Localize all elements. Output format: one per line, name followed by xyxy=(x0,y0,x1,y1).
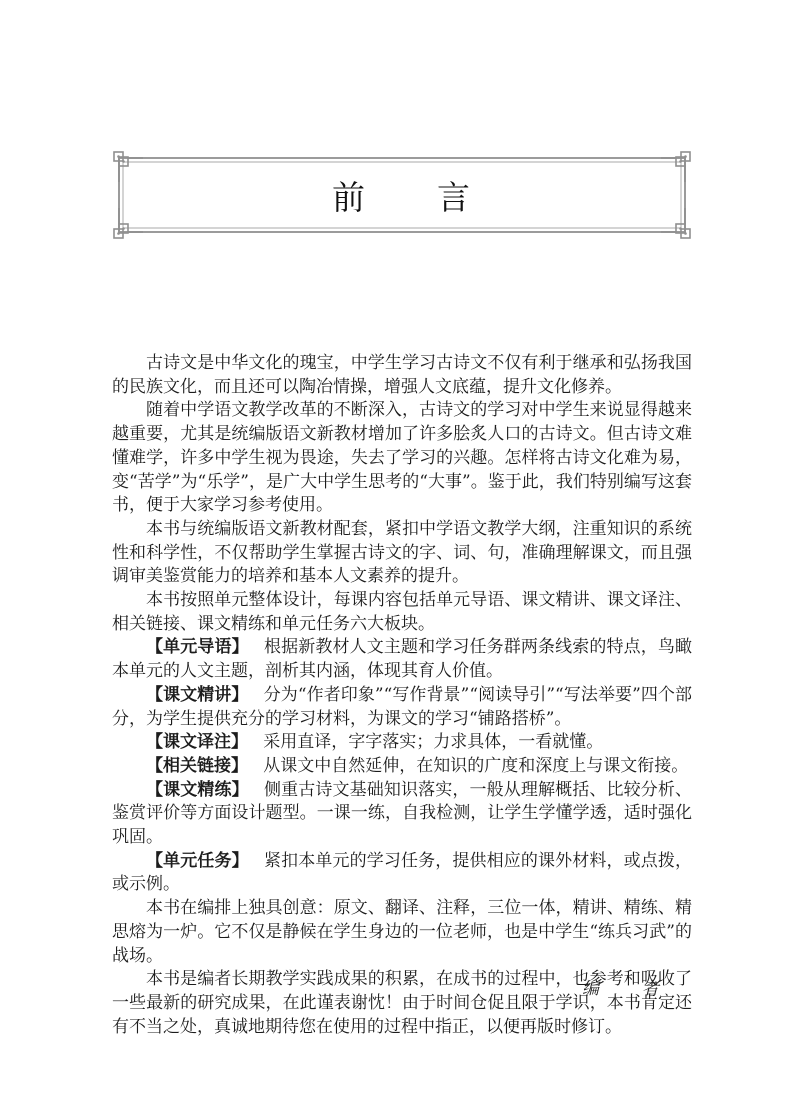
paragraph-translation: 【课文译注】采用直译，字字落实；力求具体，一看就懂。 xyxy=(112,731,692,755)
paragraph-practice: 【课文精练】侧重古诗文基础知识落实，一般从理解概括、比较分析、鉴赏评价等方面设计… xyxy=(112,779,692,850)
preface-body: 古诗文是中华文化的瑰宝，中学生学习古诗文不仅有利于继承和弘扬我国的民族文化，而且… xyxy=(112,352,692,1039)
title-box: 前 言 xyxy=(112,150,692,240)
preface-page: 前 言 古诗文是中华文化的瑰宝，中学生学习古诗文不仅有利于继承和弘扬我国的民族文… xyxy=(0,0,800,1096)
paragraph-unit-intro: 【单元导语】根据新教材人文主题和学习任务群两条线索的特点，鸟瞰本单元的人文主题，… xyxy=(112,636,692,683)
paragraph-intro-2: 随着中学语文教学改革的不断深入，古诗文的学习对中学生来说显得越来越重要，尤其是统… xyxy=(112,399,692,518)
paragraph-closing-1: 本书在编排上独具创意：原文、翻译、注释，三位一体，精讲、精练、精思熔为一炉。它不… xyxy=(112,897,692,968)
paragraph-related-links: 【相关链接】从课文中自然延伸，在知识的广度和深度上与课文衔接。 xyxy=(112,755,692,779)
paragraph-text-explain: 【课文精讲】分为“作者印象”“写作背景”“阅读导引”“写法举要”四个部分，为学生… xyxy=(112,684,692,731)
paragraph-text: 本书在编排上独具创意：原文、翻译、注释，三位一体，精讲、精练、精思熔为一炉。它不… xyxy=(112,898,692,965)
section-label-practice: 【课文精练】 xyxy=(146,780,249,800)
paragraph-text: 从课文中自然延伸，在知识的广度和深度上与课文衔接。 xyxy=(263,756,688,776)
page-title: 前 言 xyxy=(112,150,692,240)
paragraph-text: 随着中学语文教学改革的不断深入，古诗文的学习对中学生来说显得越来越重要，尤其是统… xyxy=(112,400,692,515)
section-label-unit-intro: 【单元导语】 xyxy=(146,637,249,657)
paragraph-intro-1: 古诗文是中华文化的瑰宝，中学生学习古诗文不仅有利于继承和弘扬我国的民族文化，而且… xyxy=(112,352,692,399)
paragraph-text: 本书按照单元整体设计，每课内容包括单元导语、课文精讲、课文译注、相关链接、课文精… xyxy=(112,590,692,634)
paragraph-unit-task: 【单元任务】紧扣本单元的学习任务，提供相应的课外材料，或点拨，或示例。 xyxy=(112,850,692,897)
paragraph-text: 古诗文是中华文化的瑰宝，中学生学习古诗文不仅有利于继承和弘扬我国的民族文化，而且… xyxy=(112,353,692,397)
paragraph-structure: 本书按照单元整体设计，每课内容包括单元导语、课文精讲、课文译注、相关链接、课文精… xyxy=(112,589,692,636)
section-label-unit-task: 【单元任务】 xyxy=(146,851,249,871)
paragraph-text: 本书与统编版语文新教材配套，紧扣中学语文教学大纲，注重知识的系统性和科学性，不仅… xyxy=(112,519,692,586)
section-label-related-links: 【相关链接】 xyxy=(146,756,248,776)
author-signature: 编 者 xyxy=(112,974,692,999)
section-label-text-explain: 【课文精讲】 xyxy=(146,685,248,705)
paragraph-intro-3: 本书与统编版语文新教材配套，紧扣中学语文教学大纲，注重知识的系统性和科学性，不仅… xyxy=(112,518,692,589)
section-label-translation: 【课文译注】 xyxy=(146,732,248,752)
paragraph-text: 采用直译，字字落实；力求具体，一看就懂。 xyxy=(263,732,603,752)
